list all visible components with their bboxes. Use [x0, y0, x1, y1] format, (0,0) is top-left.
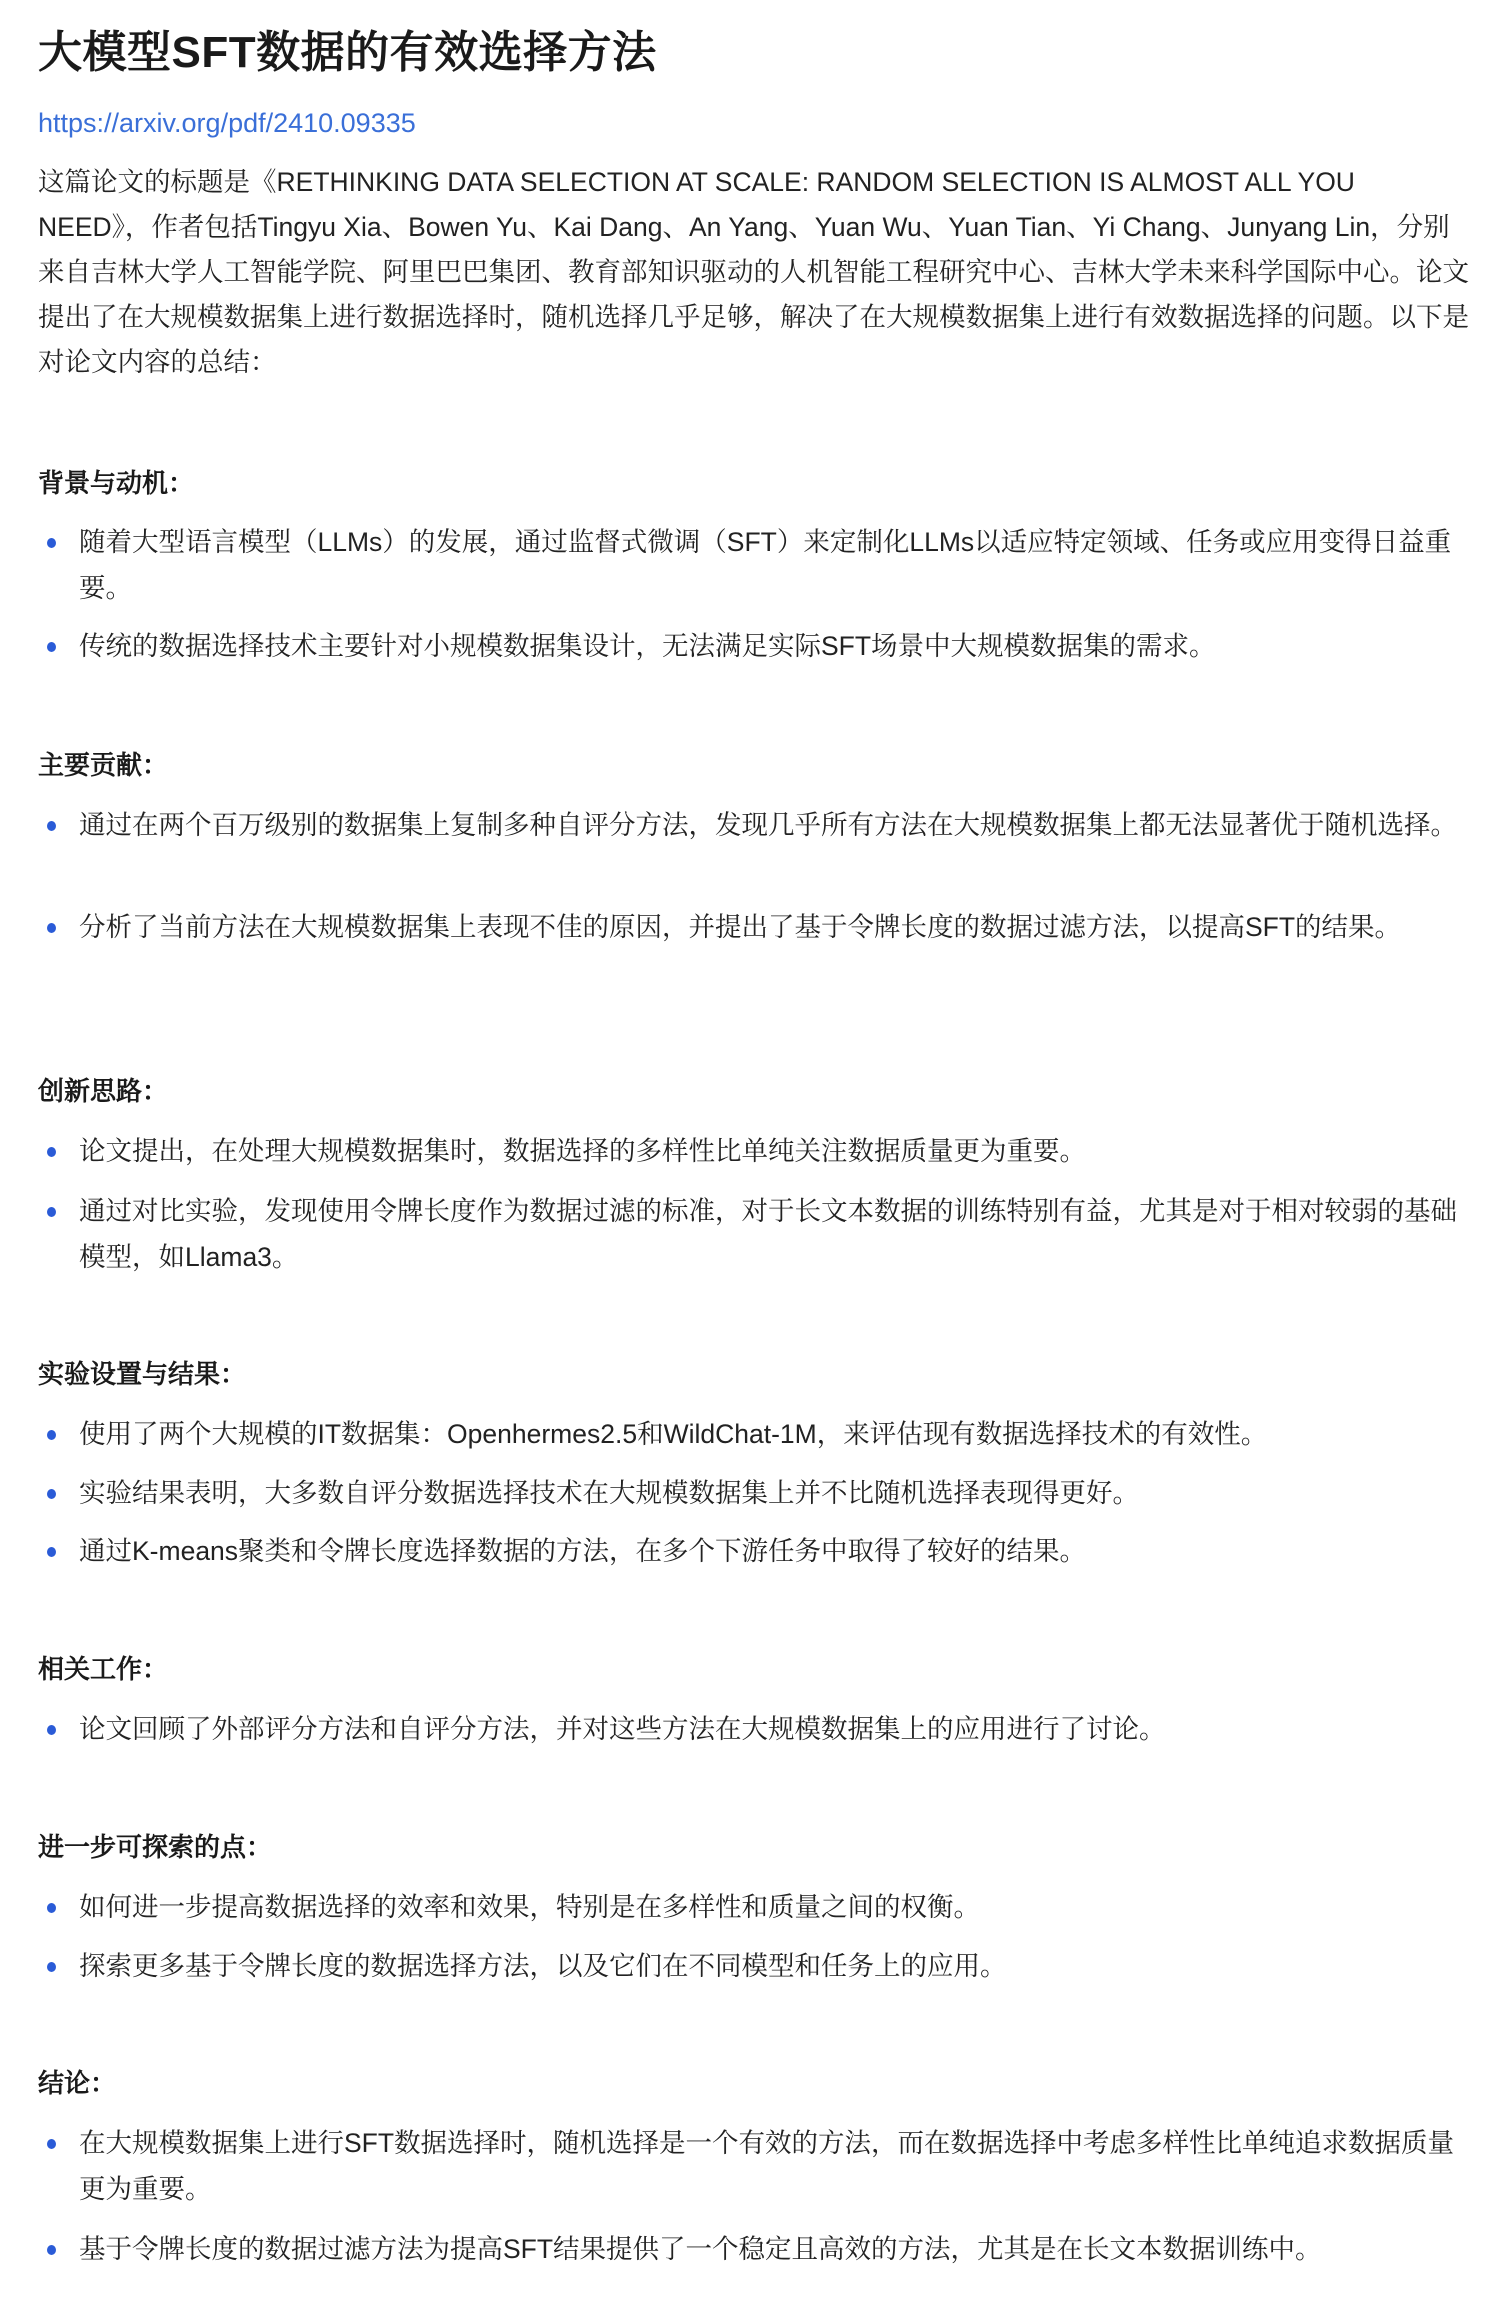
bullet-dot-icon [47, 642, 56, 652]
list-item-text: 探索更多基于令牌长度的数据选择方法，以及它们在不同模型和任务上的应用。 [79, 1951, 1007, 1981]
list-item-text: 如何进一步提高数据选择的效率和效果，特别是在多样性和质量之间的权衡。 [79, 1892, 980, 1922]
list-item-text: 使用了两个大规模的IT数据集：Openhermes2.5和WildChat-1M… [79, 1419, 1267, 1449]
list-item-text: 传统的数据选择技术主要针对小规模数据集设计，无法满足实际SFT场景中大规模数据集… [79, 631, 1216, 661]
bullet-dot-icon [47, 1547, 56, 1557]
section-heading-experiments: 实验设置与结果： [38, 1356, 1470, 1392]
list-item: 随着大型语言模型（LLMs）的发展，通过监督式微调（SFT）来定制化LLMs以适… [38, 519, 1476, 611]
list-item-text: 分析了当前方法在大规模数据集上表现不佳的原因，并提出了基于令牌长度的数据过滤方法… [79, 912, 1401, 942]
bullet-dot-icon [47, 2245, 56, 2255]
list-item-text: 通过K-means聚类和令牌长度选择数据的方法，在多个下游任务中取得了较好的结果… [79, 1536, 1086, 1566]
list-item-text: 随着大型语言模型（LLMs）的发展，通过监督式微调（SFT）来定制化LLMs以适… [79, 527, 1451, 603]
bullet-dot-icon [47, 1207, 56, 1217]
list-item-text: 在大规模数据集上进行SFT数据选择时，随机选择是一个有效的方法，而在数据选择中考… [79, 2128, 1454, 2204]
list-item-text: 通过在两个百万级别的数据集上复制多种自评分方法，发现几乎所有方法在大规模数据集上… [79, 810, 1457, 840]
list-item: 如何进一步提高数据选择的效率和效果，特别是在多样性和质量之间的权衡。 [38, 1884, 1476, 1930]
list-item: 实验结果表明，大多数自评分数据选择技术在大规模数据集上并不比随机选择表现得更好。 [38, 1470, 1476, 1516]
list-item: 通过对比实验，发现使用令牌长度作为数据过滤的标准，对于长文本数据的训练特别有益，… [38, 1188, 1476, 1280]
section-heading-innovation: 创新思路： [38, 1073, 1470, 1109]
bullet-dot-icon [47, 821, 56, 831]
bullet-dot-icon [47, 1489, 56, 1499]
section-heading-contributions: 主要贡献： [38, 747, 1470, 783]
list-item: 论文回顾了外部评分方法和自评分方法，并对这些方法在大规模数据集上的应用进行了讨论… [38, 1706, 1476, 1752]
list-item-text: 论文提出，在处理大规模数据集时，数据选择的多样性比单纯关注数据质量更为重要。 [79, 1136, 1086, 1166]
bullet-dot-icon [47, 1903, 56, 1913]
section-heading-future-work: 进一步可探索的点： [38, 1829, 1470, 1865]
list-item: 使用了两个大规模的IT数据集：Openhermes2.5和WildChat-1M… [38, 1411, 1476, 1457]
list-item: 基于令牌长度的数据过滤方法为提高SFT结果提供了一个稳定且高效的方法，尤其是在长… [38, 2226, 1476, 2272]
list-item-text: 实验结果表明，大多数自评分数据选择技术在大规模数据集上并不比随机选择表现得更好。 [79, 1478, 1139, 1508]
list-item: 通过K-means聚类和令牌长度选择数据的方法，在多个下游任务中取得了较好的结果… [38, 1528, 1476, 1574]
bullet-dot-icon [47, 538, 56, 548]
paper-link[interactable]: https://arxiv.org/pdf/2410.09335 [38, 105, 416, 141]
list-item: 通过在两个百万级别的数据集上复制多种自评分方法，发现几乎所有方法在大规模数据集上… [38, 802, 1476, 848]
list-item: 探索更多基于令牌长度的数据选择方法，以及它们在不同模型和任务上的应用。 [38, 1943, 1476, 1989]
bullet-dot-icon [47, 923, 56, 933]
list-item: 在大规模数据集上进行SFT数据选择时，随机选择是一个有效的方法，而在数据选择中考… [38, 2120, 1476, 2212]
bullet-dot-icon [47, 1725, 56, 1735]
list-item-text: 基于令牌长度的数据过滤方法为提高SFT结果提供了一个稳定且高效的方法，尤其是在长… [79, 2234, 1322, 2264]
section-heading-related-work: 相关工作： [38, 1651, 1470, 1687]
bullet-dot-icon [47, 2139, 56, 2149]
list-item: 论文提出，在处理大规模数据集时，数据选择的多样性比单纯关注数据质量更为重要。 [38, 1128, 1476, 1174]
list-item-text: 论文回顾了外部评分方法和自评分方法，并对这些方法在大规模数据集上的应用进行了讨论… [79, 1714, 1166, 1744]
list-item: 传统的数据选择技术主要针对小规模数据集设计，无法满足实际SFT场景中大规模数据集… [38, 623, 1476, 669]
bullet-dot-icon [47, 1147, 56, 1157]
page-title: 大模型SFT数据的有效选择方法 [38, 25, 1470, 81]
section-heading-background: 背景与动机： [38, 465, 1470, 501]
bullet-dot-icon [47, 1430, 56, 1440]
list-item: 分析了当前方法在大规模数据集上表现不佳的原因，并提出了基于令牌长度的数据过滤方法… [38, 904, 1476, 950]
section-heading-conclusion: 结论： [38, 2065, 1470, 2101]
list-item-text: 通过对比实验，发现使用令牌长度作为数据过滤的标准，对于长文本数据的训练特别有益，… [79, 1196, 1457, 1272]
intro-paragraph: 这篇论文的标题是《RETHINKING DATA SELECTION AT SC… [38, 160, 1470, 385]
bullet-dot-icon [47, 1962, 56, 1972]
